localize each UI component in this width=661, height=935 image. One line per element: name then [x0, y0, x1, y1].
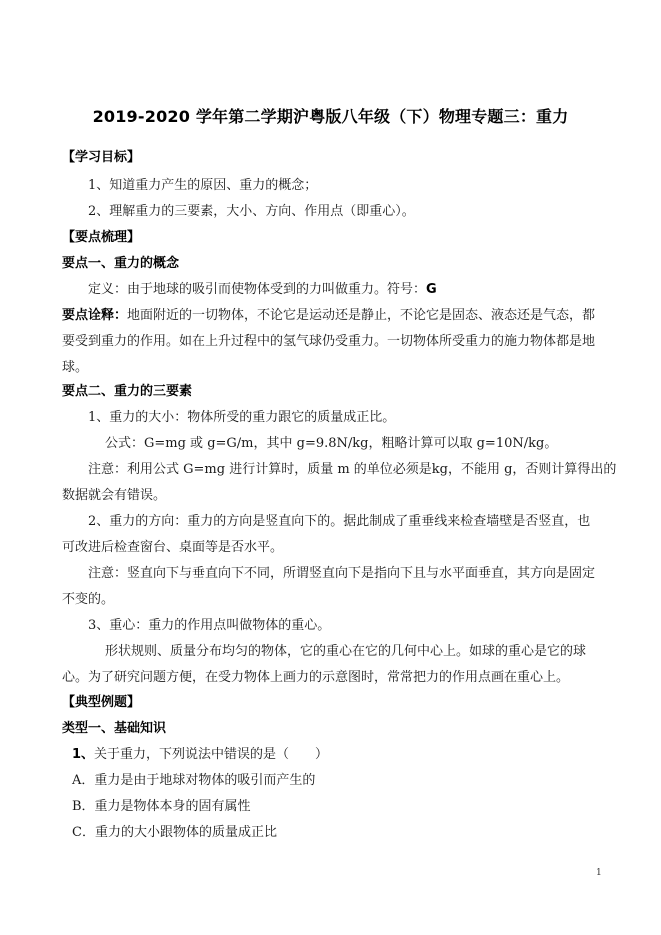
point1-explain-line1: 要点诠释：地面附近的一切物体，不论它是运动还是静止，不论它是固态、液态还是气态，…: [62, 308, 595, 324]
point2-size: 1、重力的大小：物体所受的重力跟它的质量成正比。: [88, 410, 395, 426]
objectives-heading: 【学习目标】: [62, 150, 140, 166]
objective-item-1: 1、知道重力产生的原因、重力的概念；: [88, 178, 317, 194]
point2-direction-line1: 2、重力的方向：重力的方向是竖直向下的。据此制成了重垂线来检查墙壁是否竖直，也: [88, 514, 590, 530]
explain-text: 地面附近的一切物体，不论它是运动还是静止，不论它是固态、液态还是气态，都: [127, 308, 595, 323]
point2-note2-line1: 注意：竖直向下与垂直向下不同，所谓竖直向下是指向下且与水平面垂直，其方向是固定: [88, 566, 595, 582]
point2-heading: 要点二、重力的三要素: [62, 384, 192, 400]
question-1: 1、关于重力，下列说法中错误的是（ ）: [72, 747, 328, 763]
objective-item-2: 2、理解重力的三要素，大小、方向、作用点（即重心）。: [88, 204, 415, 220]
point2-note1-line1: 注意：利用公式 G=mg 进行计算时，质量 m 的单位必须是kg，不能用 g，否…: [88, 462, 616, 478]
point2-note2-line2: 不变的。: [62, 592, 114, 608]
option-a: A．重力是由于地球对物体的吸引而产生的: [72, 773, 315, 789]
question-stem: 关于重力，下列说法中错误的是（ ）: [94, 747, 328, 762]
point1-explain-line3: 球。: [62, 360, 88, 376]
point2-note1-line2: 数据就会有错误。: [62, 488, 166, 504]
question-number: 1、: [72, 747, 94, 762]
page-number: 1: [596, 868, 602, 878]
explain-label: 要点诠释：: [62, 308, 127, 323]
point1-heading: 要点一、重力的概念: [62, 256, 179, 272]
type1-heading: 类型一、基础知识: [62, 721, 166, 737]
option-b: B．重力是物体本身的固有属性: [72, 799, 251, 815]
point1-definition: 定义：由于地球的吸引而使物体受到的力叫做重力。符号：G: [88, 282, 437, 298]
point2-center-line2: 心。为了研究问题方便，在受力物体上画力的示意图时，常常把力的作用点画在重心上。: [62, 670, 569, 686]
point1-explain-line2: 要受到重力的作用。如在上升过程中的氢气球仍受重力。一切物体所受重力的施力物体都是…: [62, 334, 595, 350]
document-page: 2019-2020 学年第二学期沪粤版八年级（下）物理专题三：重力 【学习目标】…: [0, 0, 661, 935]
document-title: 2019-2020 学年第二学期沪粤版八年级（下）物理专题三：重力: [0, 104, 661, 127]
examples-heading: 【典型例题】: [62, 695, 140, 711]
option-c: C．重力的大小跟物体的质量成正比: [72, 825, 277, 841]
point2-center-line1: 形状规则、质量分布均匀的物体，它的重心在它的几何中心上。如球的重心是它的球: [105, 644, 586, 660]
gravity-symbol: G: [426, 282, 437, 297]
point2-formula: 公式：G=mg 或 g=G/m，其中 g=9.8N/kg，粗略计算可以取 g=1…: [105, 436, 557, 452]
definition-text: 定义：由于地球的吸引而使物体受到的力叫做重力。符号：: [88, 282, 426, 297]
point2-direction-line2: 可改进后检查窗台、桌面等是否水平。: [62, 540, 283, 556]
point2-center: 3、重心：重力的作用点叫做物体的重心。: [88, 618, 330, 634]
key-points-heading: 【要点梳理】: [62, 230, 140, 246]
